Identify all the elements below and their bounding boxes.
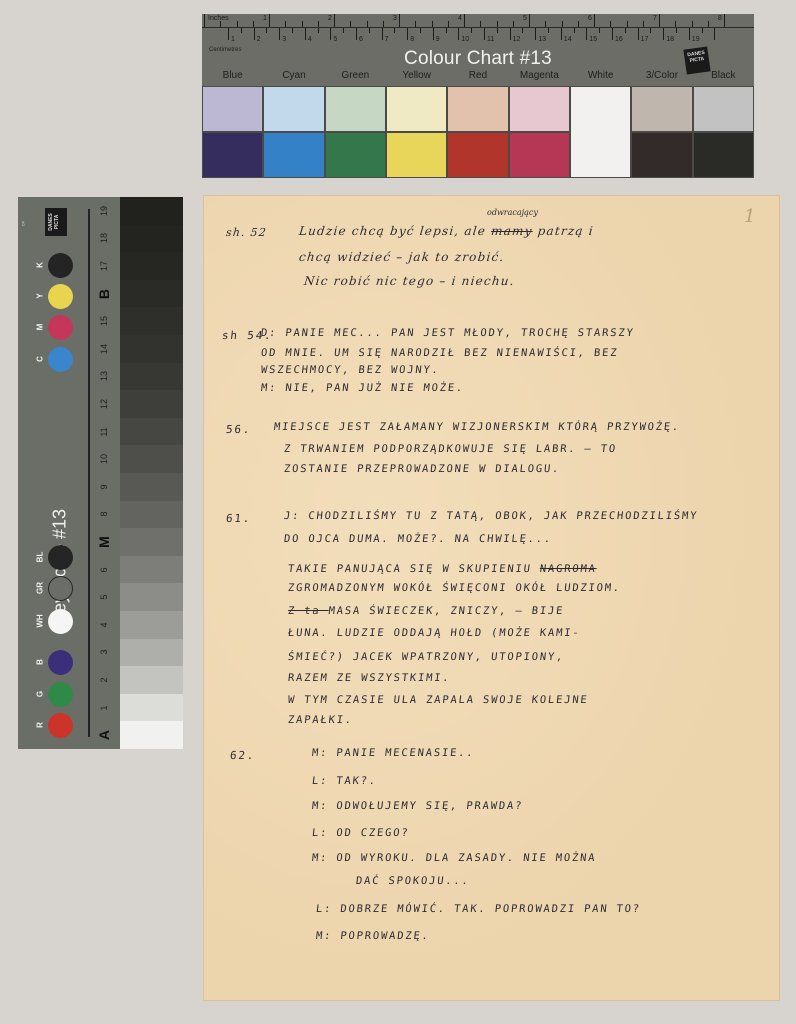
grey-step-number: 9 — [99, 484, 109, 489]
cm-tick — [599, 28, 600, 33]
manuscript-line: L: OD CZEGO? — [311, 827, 410, 839]
cm-tick — [522, 28, 523, 33]
cm-tick — [446, 28, 447, 33]
swatch-cyan-light — [263, 86, 324, 132]
grey-step-number: 11 — [99, 427, 109, 436]
cm-mark: 4 — [308, 36, 312, 43]
cm-tick — [292, 28, 293, 33]
colour-swatches — [202, 86, 754, 178]
cm-tick — [343, 28, 344, 33]
swatch-green-light — [325, 86, 386, 132]
cm-mark: 2 — [257, 36, 261, 43]
grey-step-number: 8 — [99, 512, 109, 517]
swatch-label-black: Black — [693, 70, 754, 81]
manuscript-line: ZOSTANIE PRZEPROWADZONE W DIALOGU. — [283, 463, 560, 475]
cm-tick — [638, 28, 639, 40]
patch-label-bl: BL — [36, 552, 45, 563]
cm-tick — [484, 28, 485, 40]
grey-step — [120, 528, 183, 556]
swatch-label-green: Green — [325, 70, 386, 81]
inch-tick — [724, 14, 725, 27]
cm-mark: 13 — [538, 36, 546, 43]
inch-tick — [643, 21, 644, 27]
swatch-3-color-dark — [631, 132, 692, 178]
manuscript-line: ZGROMADZONYM WOKÓŁ ŚWIĘCONI OKÓŁ LUDZIOM… — [287, 582, 621, 594]
inch-mark: 5 — [523, 15, 527, 22]
cm-mark: 19 — [692, 36, 700, 43]
patch-label-b: B — [36, 659, 45, 665]
swatch-label-cyan: Cyan — [263, 70, 324, 81]
patch-label-k: K — [36, 262, 45, 268]
grey-step — [120, 335, 183, 363]
cm-mark: 11 — [487, 36, 494, 43]
danes-picta-logo: DANES PICTA — [45, 208, 67, 236]
inches-label: Inches — [208, 15, 229, 22]
swatch-label-yellow: Yellow — [386, 70, 447, 81]
cm-tick — [663, 28, 664, 40]
grey-step — [120, 390, 183, 418]
grey-step — [120, 501, 183, 529]
cm-tick — [714, 28, 715, 40]
section-marker: 62. — [229, 749, 256, 762]
patch-label-y: Y — [36, 293, 45, 298]
cm-mark: 16 — [615, 36, 623, 43]
grey-step-number: 1 — [99, 705, 109, 710]
inch-mark: 8 — [718, 15, 722, 22]
inch-tick — [464, 14, 465, 27]
struck-word: Z ta — [287, 605, 329, 617]
patch-k — [48, 253, 73, 278]
patch-label-m: M — [36, 324, 45, 331]
inch-tick — [513, 21, 514, 27]
manuscript-line: chcą widzieć – jak to zrobić. — [298, 250, 505, 264]
inch-mark: 2 — [328, 15, 332, 22]
inch-mark: 6 — [588, 15, 592, 22]
grey-step — [120, 583, 183, 611]
manuscript-line: ZAPAŁKI. — [287, 714, 353, 726]
colour-chart-title: Colour Chart #13 — [202, 48, 754, 70]
patch-label-r: R — [36, 722, 45, 728]
grey-step-letter-a: A — [96, 730, 112, 740]
grey-step — [120, 611, 183, 639]
patch-gr — [48, 576, 73, 601]
grey-step — [120, 363, 183, 391]
cm-tick — [279, 28, 280, 40]
swatch-label-3-color: 3/Color — [631, 70, 692, 81]
swatch-labels: BlueCyanGreenYellowRedMagentaWhite3/Colo… — [202, 70, 754, 81]
swatch-label-blue: Blue — [202, 70, 263, 81]
grey-step-number: 10 — [99, 454, 109, 464]
patch-label-wh: WH — [36, 614, 45, 627]
grey-step-number: 13 — [99, 371, 109, 381]
grey-scale-chart: DP DANES PICTA Grey Scale #13 1234568910… — [18, 197, 183, 749]
grey-step-number: 2 — [99, 677, 109, 682]
manuscript-line: RAZEM ZE WSZYSTKIMI. — [287, 672, 451, 684]
patch-g — [48, 682, 73, 707]
inch-tick — [594, 14, 595, 27]
cm-tick — [676, 28, 677, 33]
cm-tick — [407, 28, 408, 40]
swatch-label-red: Red — [447, 70, 508, 81]
patch-m — [48, 315, 73, 340]
inch-tick — [415, 21, 416, 27]
inch-tick — [285, 21, 286, 27]
grey-step — [120, 639, 183, 667]
inch-tick — [350, 21, 351, 27]
inch-tick — [627, 21, 628, 27]
manuscript-line: M: NIE, PAN JUŻ NIE MOŻE. — [260, 382, 464, 394]
inch-tick — [237, 21, 238, 27]
patch-label-c: C — [36, 356, 45, 362]
inch-tick — [562, 21, 563, 27]
struck-word: NAGROMA — [539, 563, 597, 575]
cm-tick — [548, 28, 549, 33]
cm-mark: 17 — [641, 36, 649, 43]
manuscript-line: DAĆ SPOKOJU... — [355, 875, 470, 887]
inch-tick — [432, 21, 433, 27]
cm-tick — [650, 28, 651, 33]
inch-tick — [545, 21, 546, 27]
cm-tick — [241, 28, 242, 33]
grey-step-number: 17 — [99, 261, 109, 271]
grey-step-number: 5 — [99, 595, 109, 600]
grey-step — [120, 225, 183, 253]
cm-tick — [702, 28, 703, 33]
patch-r — [48, 713, 73, 738]
cm-tick — [689, 28, 690, 40]
cm-tick — [394, 28, 395, 33]
cm-tick — [561, 28, 562, 40]
cm-tick — [382, 28, 383, 40]
cm-mark: 1 — [231, 36, 235, 43]
manuscript-line: M: ODWOŁUJEMY SIĘ, PRAWDA? — [311, 800, 523, 812]
cm-tick — [254, 28, 255, 40]
inch-tick — [708, 21, 709, 27]
grey-scale-fine-print: DP — [20, 221, 25, 227]
cm-mark: 9 — [436, 36, 440, 43]
colour-chart: Inches1234567812345678910111213141516171… — [202, 14, 754, 178]
patch-y — [48, 284, 73, 309]
grey-step — [120, 473, 183, 501]
swatch-label-white: White — [570, 70, 631, 81]
inch-tick — [383, 21, 384, 27]
swatch-3-color-light — [631, 86, 692, 132]
cm-mark: 3 — [282, 36, 286, 43]
cm-tick — [612, 28, 613, 40]
swatch-blue-dark — [202, 132, 263, 178]
inch-tick — [675, 21, 676, 27]
grey-step-letter-m: M — [96, 536, 112, 548]
manuscript-line: D: PANIE MEC... PAN JEST MŁODY, TROCHĘ S… — [260, 327, 635, 339]
grey-step-number: 4 — [99, 622, 109, 627]
manuscript-line: M: POPROWADZĘ. — [315, 930, 430, 942]
manuscript-line: M: PANIE MECENASIE.. — [311, 747, 475, 759]
insertion-note: odwracający — [487, 208, 538, 217]
cm-mark: 6 — [359, 36, 363, 43]
inch-tick — [399, 14, 400, 27]
section-marker: sh. 52 — [225, 226, 267, 239]
cm-tick — [586, 28, 587, 40]
cm-tick — [305, 28, 306, 40]
inch-mark: 1 — [263, 15, 267, 22]
swatch-red-light — [447, 86, 508, 132]
grey-step — [120, 445, 183, 473]
manuscript-line: OD MNIE. UM SIĘ NARODZIŁ BEZ NIENAWIŚCI,… — [260, 347, 619, 359]
cm-tick — [433, 28, 434, 40]
cm-mark: 15 — [589, 36, 597, 43]
inch-mark: 4 — [458, 15, 462, 22]
inch-tick — [220, 21, 221, 27]
inch-tick — [692, 21, 693, 27]
manuscript-line: Z ta MASA ŚWIECZEK, ZNICZY, – BIJE — [287, 605, 564, 617]
grey-step-number: 3 — [99, 650, 109, 655]
patch-bl — [48, 545, 73, 570]
cm-tick — [420, 28, 421, 33]
inch-tick — [480, 21, 481, 27]
inch-mark: 7 — [653, 15, 657, 22]
cm-mark: 7 — [385, 36, 389, 43]
cm-tick — [318, 28, 319, 33]
grey-step-strip — [120, 197, 183, 749]
inch-tick — [610, 21, 611, 27]
struck-word: mamy — [490, 224, 533, 238]
cm-tick — [625, 28, 626, 33]
grey-step-number: 14 — [99, 344, 109, 354]
grey-step — [120, 197, 183, 225]
grey-step — [120, 721, 183, 749]
grey-step — [120, 666, 183, 694]
grey-step — [120, 252, 183, 280]
cm-tick — [497, 28, 498, 33]
inch-mark: 3 — [393, 15, 397, 22]
inch-tick — [367, 21, 368, 27]
manuscript-line: L: TAK?. — [311, 775, 377, 787]
manuscript-line: W TYM CZASIE ULA ZAPALA SWOJE KOLEJNE — [287, 694, 589, 706]
swatch-magenta-light — [509, 86, 570, 132]
patch-b — [48, 650, 73, 675]
cm-tick — [356, 28, 357, 40]
grey-step — [120, 307, 183, 335]
inch-tick — [253, 21, 254, 27]
swatch-yellow-light — [386, 86, 447, 132]
manuscript-line: J: CHODZILIŚMY TU Z TATĄ, OBOK, JAK PRZE… — [283, 510, 698, 522]
inch-tick — [334, 14, 335, 27]
grey-step-number: 18 — [99, 233, 109, 243]
grey-step — [120, 556, 183, 584]
inch-tick — [529, 14, 530, 27]
inch-tick — [302, 21, 303, 27]
cm-tick — [458, 28, 459, 40]
manuscript-line: M: OD WYROKU. DLA ZASADY. NIE MOŻNA — [311, 852, 597, 864]
grey-step-letter-b: B — [96, 289, 112, 299]
grey-step-number: 15 — [99, 316, 109, 326]
patch-label-gr: GR — [36, 582, 45, 594]
manuscript-line: MIEJSCE JEST ZAŁAMANY WIZJONERSKIM KTÓRĄ… — [273, 421, 680, 433]
patch-c — [48, 347, 73, 372]
manuscript-page: 1 sh. 52odwracającyLudzie chcą być lepsi… — [204, 196, 779, 1000]
cm-tick — [574, 28, 575, 33]
cm-tick — [369, 28, 370, 33]
swatch-black-light — [693, 86, 754, 132]
cm-tick — [535, 28, 536, 40]
cm-tick — [266, 28, 267, 33]
swatch-black-dark — [693, 132, 754, 178]
inch-tick — [659, 14, 660, 27]
manuscript-line: L: DOBRZE MÓWIĆ. TAK. POPROWADZI PAN TO? — [315, 903, 641, 915]
swatch-green-dark — [325, 132, 386, 178]
swatch-blue-light — [202, 86, 263, 132]
grey-step — [120, 694, 183, 722]
grey-step-number: 6 — [99, 567, 109, 572]
cm-tick — [510, 28, 511, 40]
cm-tick — [330, 28, 331, 40]
inch-tick — [448, 21, 449, 27]
section-marker: 61. — [225, 512, 252, 525]
cm-mark: 8 — [410, 36, 414, 43]
patch-label-g: G — [36, 691, 45, 697]
inch-tick — [578, 21, 579, 27]
cm-mark: 10 — [461, 36, 469, 43]
cm-mark: 14 — [564, 36, 572, 43]
manuscript-line: WSZECHMOCY, BEZ WOJNY. — [260, 364, 440, 376]
inch-tick — [204, 14, 205, 27]
swatch-label-magenta: Magenta — [509, 70, 570, 81]
patch-wh — [48, 609, 73, 634]
cm-mark: 12 — [513, 36, 521, 43]
manuscript-line: TAKIE PANUJĄCA SIĘ W SKUPIENIU NAGROMA — [287, 563, 597, 575]
manuscript-line: Nic robić nic tego – i niechu. — [303, 274, 515, 288]
swatch-white-light — [570, 86, 631, 178]
inch-tick — [318, 21, 319, 27]
cm-tick — [471, 28, 472, 33]
cm-mark: 18 — [666, 36, 674, 43]
inch-tick — [497, 21, 498, 27]
section-marker: 56. — [225, 423, 252, 436]
manuscript-line: ŁUNA. LUDZIE ODDAJĄ HOŁD (MOŻE KAMI- — [287, 627, 581, 639]
grey-step — [120, 280, 183, 308]
grey-step — [120, 418, 183, 446]
grey-scale-divider — [88, 209, 90, 737]
cm-mark: 5 — [333, 36, 337, 43]
grey-step-number: 19 — [99, 206, 109, 216]
inch-tick — [269, 14, 270, 27]
swatch-red-dark — [447, 132, 508, 178]
manuscript-line: Ludzie chcą być lepsi, ale mamy patrzą i — [298, 224, 594, 238]
manuscript-line: DO OJCA DUMA. MOŻE?. NA CHWILĘ... — [283, 533, 552, 545]
ruler-baseline — [202, 27, 754, 28]
swatch-magenta-dark — [509, 132, 570, 178]
grey-step-number: 12 — [99, 399, 109, 409]
manuscript-line: ŚMIEĆ?) JACEK WPATRZONY, UTOPIONY, — [287, 651, 564, 663]
manuscript-line: Z TRWANIEM PODPORZĄDKOWUJE SIĘ LABR. – T… — [283, 443, 617, 455]
swatch-yellow-dark — [386, 132, 447, 178]
swatch-cyan-dark — [263, 132, 324, 178]
cm-tick — [228, 28, 229, 40]
page-number: 1 — [744, 206, 755, 227]
